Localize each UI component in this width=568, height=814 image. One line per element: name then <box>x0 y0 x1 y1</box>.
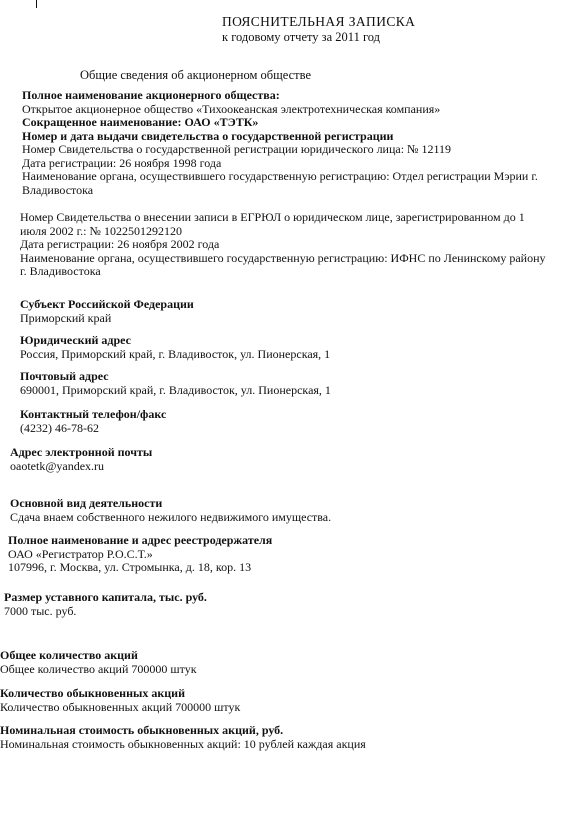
field-value: г. Владивостока <box>20 264 101 279</box>
field-value: (4232) 46-78-62 <box>20 421 99 436</box>
field-value: 7000 тыс. руб. <box>4 604 76 619</box>
document-subtitle: к годовому отчету за 2011 год <box>222 30 380 45</box>
field-label: Общее количество акций <box>0 648 138 663</box>
field-label: Основной вид деятельности <box>10 496 162 511</box>
field-value: Россия, Приморский край, г. Владивосток,… <box>20 347 330 362</box>
field-value: Владивостока <box>22 183 93 198</box>
field-value: Номинальная стоимость обыкновенных акций… <box>0 737 366 752</box>
field-value: 107996, г. Москва, ул. Стромынка, д. 18,… <box>8 560 251 575</box>
field-value: Наименование органа, осуществившего госу… <box>22 169 538 184</box>
field-label: Субъект Российской Федерации <box>20 297 194 312</box>
section-heading: Общие сведения об акционерном обществе <box>80 68 311 83</box>
field-value: Количество обыкновенных акций 700000 шту… <box>0 700 240 715</box>
field-value: 690001, Приморский край, г. Владивосток,… <box>20 383 331 398</box>
field-label: Юридический адрес <box>20 333 131 348</box>
field-label: Количество обыкновенных акций <box>0 686 185 701</box>
field-label: Адрес электронной почты <box>10 445 152 460</box>
field-label: Номинальная стоимость обыкновенных акций… <box>0 723 283 738</box>
field-value: Сдача внаем собственного нежилого недвиж… <box>10 510 331 525</box>
field-label: Контактный телефон/факс <box>20 407 166 422</box>
field-value: oaotetk@yandex.ru <box>10 459 104 474</box>
scanned-page: ПОЯСНИТЕЛЬНАЯ ЗАПИСКА к годовому отчету … <box>0 0 568 814</box>
field-value: Приморский край <box>20 311 111 326</box>
document-title: ПОЯСНИТЕЛЬНАЯ ЗАПИСКА <box>222 14 415 30</box>
field-value: Общее количество акций 700000 штук <box>0 662 197 677</box>
scan-artifact <box>36 0 37 8</box>
field-label: Почтовый адрес <box>20 369 109 384</box>
